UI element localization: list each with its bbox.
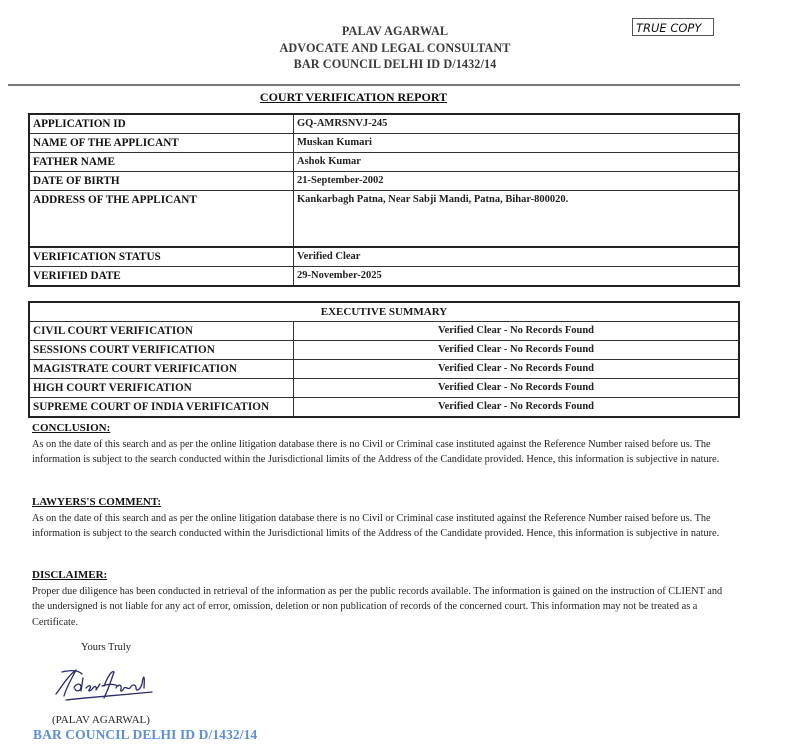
signature-icon xyxy=(52,664,162,704)
conclusion-section: CONCLUSION: As on the date of this searc… xyxy=(32,421,737,468)
closing-salutation: Yours Truly xyxy=(81,642,131,653)
verified-date-value: 29-November-2025 xyxy=(294,267,740,287)
field-label: APPLICATION ID xyxy=(29,114,294,134)
applicant-info-table: APPLICATION ID GQ-AMRSNVJ-245 NAME OF TH… xyxy=(28,113,740,287)
date-of-birth-value: 21-September-2002 xyxy=(294,172,740,191)
advocate-designation: ADVOCATE AND LEGAL CONSULTANT xyxy=(230,40,560,57)
address-value: Kankarbagh Patna, Near Sabji Mandi, Patn… xyxy=(294,191,740,248)
true-copy-stamp: TRUE COPY xyxy=(632,18,714,36)
conclusion-heading: CONCLUSION: xyxy=(32,421,737,437)
lawyers-comment-text: As on the date of this search and as per… xyxy=(32,511,737,542)
court-label: MAGISTRATE COURT VERIFICATION xyxy=(29,360,294,379)
field-label: NAME OF THE APPLICANT xyxy=(29,134,294,153)
court-result: Verified Clear - No Records Found xyxy=(294,341,740,360)
advocate-name: PALAV AGARWAL xyxy=(230,23,560,40)
letterhead: PALAV AGARWAL ADVOCATE AND LEGAL CONSULT… xyxy=(230,23,560,73)
report-title-text: COURT VERIFICATION REPORT xyxy=(260,90,447,104)
signatory-name: (PALAV AGARWAL) xyxy=(52,714,150,726)
disclaimer-text: Proper due diligence has been conducted … xyxy=(32,584,737,631)
court-result: Verified Clear - No Records Found xyxy=(294,360,740,379)
table-row: MAGISTRATE COURT VERIFICATION Verified C… xyxy=(29,360,739,379)
table-row: VERIFIED DATE 29-November-2025 xyxy=(29,267,739,287)
table-row: SESSIONS COURT VERIFICATION Verified Cle… xyxy=(29,341,739,360)
table-row: VERIFICATION STATUS Verified Clear xyxy=(29,247,739,267)
father-name-value: Ashok Kumar xyxy=(294,153,740,172)
court-label: CIVIL COURT VERIFICATION xyxy=(29,322,294,341)
lawyers-comment-section: LAWYERS'S COMMENT: As on the date of thi… xyxy=(32,495,737,542)
table-row: NAME OF THE APPLICANT Muskan Kumari xyxy=(29,134,739,153)
disclaimer-section: DISCLAIMER: Proper due diligence has bee… xyxy=(32,568,737,630)
table-row: ADDRESS OF THE APPLICANT Kankarbagh Patn… xyxy=(29,191,739,248)
application-id-value: GQ-AMRSNVJ-245 xyxy=(294,114,740,134)
court-result: Verified Clear - No Records Found xyxy=(294,379,740,398)
conclusion-text: As on the date of this search and as per… xyxy=(32,437,737,468)
advocate-bar-id: BAR COUNCIL DELHI ID D/1432/14 xyxy=(230,56,560,73)
field-label: FATHER NAME xyxy=(29,153,294,172)
table-header-row: EXECUTIVE SUMMARY xyxy=(29,302,739,322)
verification-status-value: Verified Clear xyxy=(294,247,740,267)
court-label: SUPREME COURT OF INDIA VERIFICATION xyxy=(29,398,294,418)
field-label: VERIFICATION STATUS xyxy=(29,247,294,267)
executive-summary-heading: EXECUTIVE SUMMARY xyxy=(29,302,739,322)
lawyers-comment-heading: LAWYERS'S COMMENT: xyxy=(32,495,737,511)
executive-summary-table: EXECUTIVE SUMMARY CIVIL COURT VERIFICATI… xyxy=(28,301,740,418)
table-row: DATE OF BIRTH 21-September-2002 xyxy=(29,172,739,191)
applicant-name-value: Muskan Kumari xyxy=(294,134,740,153)
court-result: Verified Clear - No Records Found xyxy=(294,398,740,418)
court-result: Verified Clear - No Records Found xyxy=(294,322,740,341)
table-row: SUPREME COURT OF INDIA VERIFICATION Veri… xyxy=(29,398,739,418)
table-row: FATHER NAME Ashok Kumar xyxy=(29,153,739,172)
table-row: APPLICATION ID GQ-AMRSNVJ-245 xyxy=(29,114,739,134)
signatory-bar-id: BAR COUNCIL DELHI ID D/1432/14 xyxy=(33,727,257,743)
court-label: HIGH COURT VERIFICATION xyxy=(29,379,294,398)
report-title: COURT VERIFICATION REPORT xyxy=(0,90,795,105)
table-row: CIVIL COURT VERIFICATION Verified Clear … xyxy=(29,322,739,341)
table-row: HIGH COURT VERIFICATION Verified Clear -… xyxy=(29,379,739,398)
field-label: DATE OF BIRTH xyxy=(29,172,294,191)
field-label: ADDRESS OF THE APPLICANT xyxy=(29,191,294,248)
field-label: VERIFIED DATE xyxy=(29,267,294,287)
header-divider xyxy=(8,84,740,86)
disclaimer-heading: DISCLAIMER: xyxy=(32,568,737,584)
court-label: SESSIONS COURT VERIFICATION xyxy=(29,341,294,360)
